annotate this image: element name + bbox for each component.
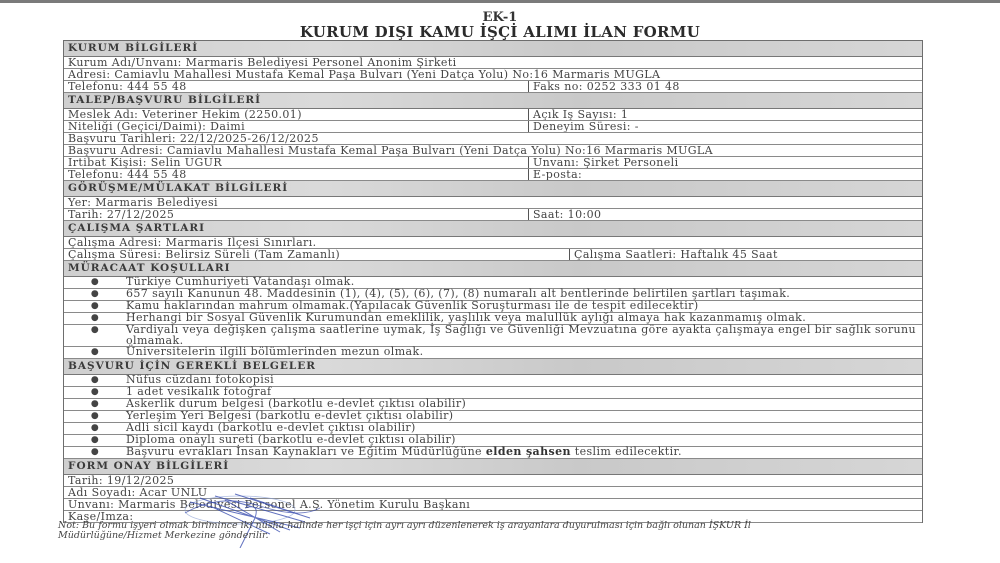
contact-phone: Telefonu: 444 55 48 bbox=[64, 169, 528, 180]
document-title: KURUM DIŞI KAMU İŞÇİ ALIMI İLAN FORMU bbox=[0, 25, 1000, 40]
work-hours: Çalışma Saatleri: Haftalık 45 Saat bbox=[569, 249, 922, 260]
list-item: ●Vardiyalı veya değişken çalışma saatler… bbox=[64, 325, 922, 347]
institution-fax: Faks no: 0252 333 01 48 bbox=[528, 81, 922, 92]
bullet-icon: ● bbox=[64, 399, 126, 410]
section-calisma: ÇALIŞMA ŞARTLARI bbox=[64, 221, 922, 237]
form-row: Adı Soyadı: Acar ÜNLÜ bbox=[64, 487, 922, 499]
form-row: Telefonu: 444 55 48 E-posta: bbox=[64, 169, 922, 181]
form-row: Telefonu: 444 55 48 Faks no: 0252 333 01… bbox=[64, 81, 922, 93]
bullet-icon: ● bbox=[64, 301, 126, 312]
profession: Meslek Adı: Veteriner Hekim (2250.01) bbox=[64, 109, 528, 120]
contact-title: Unvanı: Şirket Personeli bbox=[528, 157, 922, 168]
section-onay: FORM ONAY BİLGİLERİ bbox=[64, 459, 922, 475]
form-row: Kurum Adı/Unvanı: Marmaris Belediyesi Pe… bbox=[64, 57, 922, 69]
form-row: Meslek Adı: Veteriner Hekim (2250.01) Aç… bbox=[64, 109, 922, 121]
approver-title: Unvanı: Marmaris Belediyesi Personel A.Ş… bbox=[64, 499, 922, 510]
bullet-icon: ● bbox=[64, 423, 126, 434]
bullet-icon: ● bbox=[64, 347, 126, 358]
footnote-line-2: Müdürlüğüne/Hizmet Merkezine gönderilir. bbox=[58, 531, 958, 541]
institution-name: Kurum Adı/Unvanı: Marmaris Belediyesi Pe… bbox=[64, 57, 922, 68]
announcement-form: KURUM BİLGİLERİ Kurum Adı/Unvanı: Marmar… bbox=[63, 40, 923, 523]
section-kurum: KURUM BİLGİLERİ bbox=[64, 41, 922, 57]
bullet-icon: ● bbox=[64, 435, 126, 446]
form-row: Başvuru Adresi: Camiavlu Mahallesi Musta… bbox=[64, 145, 922, 157]
form-row: Tarih: 27/12/2025 Saat: 10:00 bbox=[64, 209, 922, 221]
form-row: Unvanı: Marmaris Belediyesi Personel A.Ş… bbox=[64, 499, 922, 511]
institution-address: Adresi: Camiavlu Mahallesi Mustafa Kemal… bbox=[64, 69, 922, 80]
bullet-icon: ● bbox=[64, 325, 126, 346]
footnote: Not: Bu formu işyeri olmak birimince iki… bbox=[58, 521, 958, 541]
bullet-icon: ● bbox=[64, 313, 126, 324]
job-nature: Niteliği (Geçici/Daimi): Daimi bbox=[64, 121, 528, 132]
bullet-icon: ● bbox=[64, 277, 126, 288]
form-row: Çalışma Süresi: Belirsiz Süreli (Tam Zam… bbox=[64, 249, 922, 261]
requirements-list: ●Türkiye Cumhuriyeti Vatandaşı olmak.●65… bbox=[64, 277, 922, 359]
institution-phone: Telefonu: 444 55 48 bbox=[64, 81, 528, 92]
section-gorusme: GÖRÜŞME/MÜLAKAT BİLGİLERİ bbox=[64, 181, 922, 197]
form-row: Çalışma Adresi: Marmaris İlçesi Sınırlar… bbox=[64, 237, 922, 249]
list-item-text: Üniversitelerin ilgili bölümlerinden mez… bbox=[126, 347, 922, 358]
documents-list: ●Nüfus cüzdanı fotokopisi●1 adet vesikal… bbox=[64, 375, 922, 447]
list-item: ● Başvuru evrakları İnsan Kaynakları ve … bbox=[64, 447, 922, 459]
work-duration: Çalışma Süresi: Belirsiz Süreli (Tam Zam… bbox=[64, 249, 569, 260]
bullet-icon: ● bbox=[64, 387, 126, 398]
bullet-icon: ● bbox=[64, 447, 126, 458]
experience: Deneyim Süresi: - bbox=[528, 121, 922, 132]
document-delivery-note: Başvuru evrakları İnsan Kaynakları ve Eğ… bbox=[126, 447, 922, 458]
approval-date: Tarih: 19/12/2025 bbox=[64, 475, 922, 486]
interview-date: Tarih: 27/12/2025 bbox=[64, 209, 528, 220]
form-row: Başvuru Tarihleri: 22/12/2025-26/12/2025 bbox=[64, 133, 922, 145]
section-talep: TALEP/BAŞVURU BİLGİLERİ bbox=[64, 93, 922, 109]
bullet-icon: ● bbox=[64, 375, 126, 386]
list-item-text: Vardiyalı veya değişken çalışma saatleri… bbox=[126, 325, 922, 346]
form-row: İrtibat Kişisi: Selin UĞUR Unvanı: Şirke… bbox=[64, 157, 922, 169]
contact-email: E-posta: bbox=[528, 169, 922, 180]
list-item: ●Üniversitelerin ilgili bölümlerinden me… bbox=[64, 347, 922, 359]
form-row: Niteliği (Geçici/Daimi): Daimi Deneyim S… bbox=[64, 121, 922, 133]
approver-name: Adı Soyadı: Acar ÜNLÜ bbox=[64, 487, 922, 498]
application-dates: Başvuru Tarihleri: 22/12/2025-26/12/2025 bbox=[64, 133, 922, 144]
work-address: Çalışma Adresi: Marmaris İlçesi Sınırlar… bbox=[64, 237, 922, 248]
form-row: Yer: Marmaris Belediyesi bbox=[64, 197, 922, 209]
interview-time: Saat: 10:00 bbox=[528, 209, 922, 220]
document-header: EK-1 KURUM DIŞI KAMU İŞÇİ ALIMI İLAN FOR… bbox=[0, 10, 1000, 40]
application-address: Başvuru Adresi: Camiavlu Mahallesi Musta… bbox=[64, 145, 842, 156]
top-border bbox=[0, 0, 1000, 3]
contact-person: İrtibat Kişisi: Selin UĞUR bbox=[64, 157, 528, 168]
open-positions: Açık İş Sayısı: 1 bbox=[528, 109, 922, 120]
bullet-icon: ● bbox=[64, 289, 126, 300]
form-row: Tarih: 19/12/2025 bbox=[64, 475, 922, 487]
interview-place: Yer: Marmaris Belediyesi bbox=[64, 197, 922, 208]
form-row: Adresi: Camiavlu Mahallesi Mustafa Kemal… bbox=[64, 69, 922, 81]
bullet-icon: ● bbox=[64, 411, 126, 422]
